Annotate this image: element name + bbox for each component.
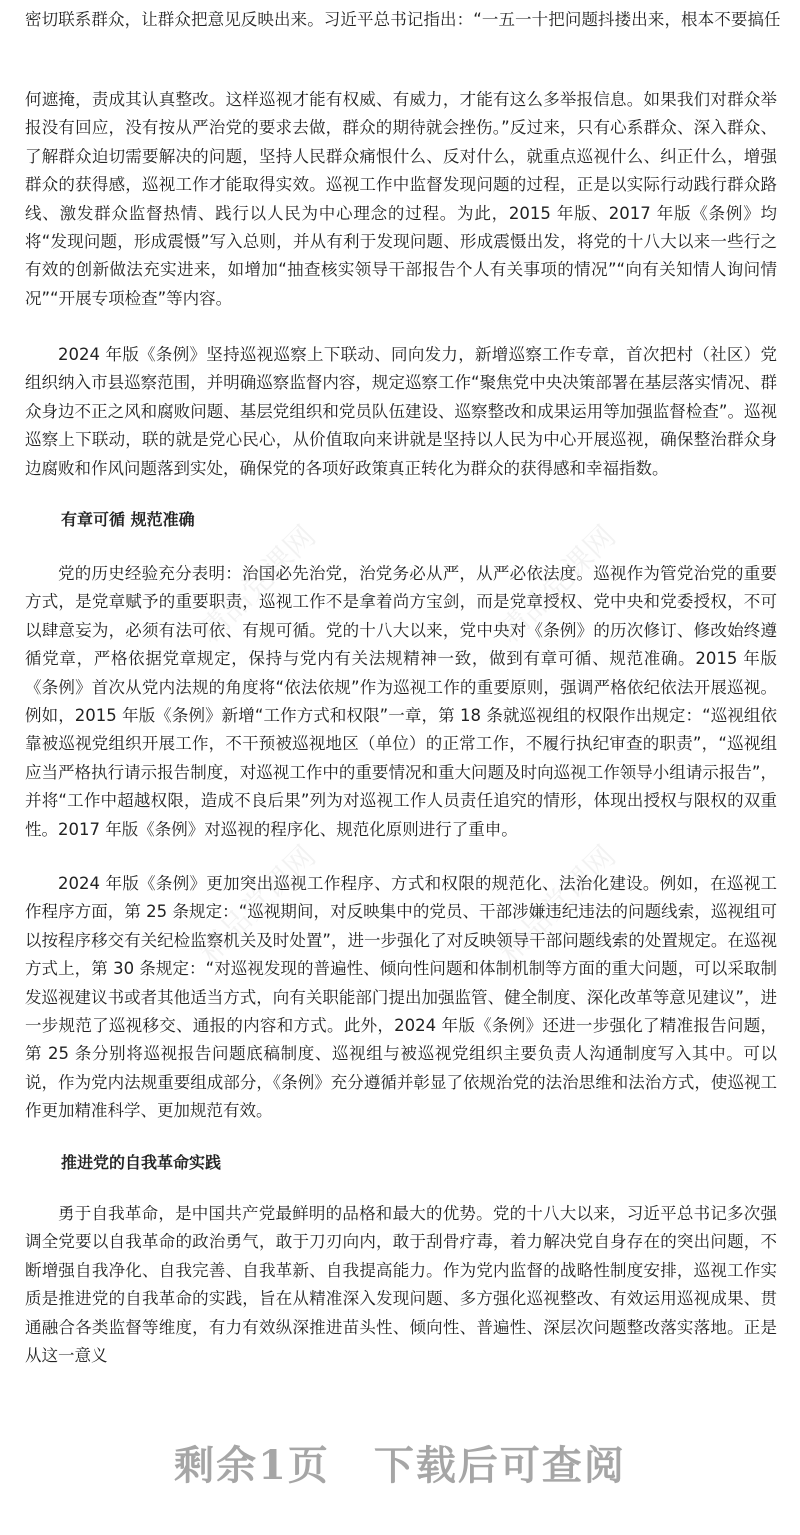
paragraph: 2024 年版《条例》坚持巡视巡察上下联动、同向发力，新增巡察工作专章，首次把村… xyxy=(25,341,777,483)
paragraph: 何遮掩，责成其认真整改。这样巡视才能有权威、有威力，才能有这么多举报信息。如果我… xyxy=(25,86,777,313)
paragraph: 党的历史经验充分表明：治国必先治党，治党务必从严，从严必依法度。巡视作为管党治党… xyxy=(25,560,777,844)
section-heading: 推进党的自我革命实践 xyxy=(61,1149,221,1177)
download-prompt[interactable]: 剩余1页下载后可查阅 xyxy=(0,1434,800,1491)
remaining-pages-label: 剩余1页 xyxy=(174,1442,330,1489)
download-to-view-label[interactable]: 下载后可查阅 xyxy=(374,1442,626,1489)
paragraph: 勇于自我革命，是中国共产党最鲜明的品格和最大的优势。党的十八大以来，习近平总书记… xyxy=(25,1200,777,1370)
section-heading: 有章可循 规范准确 xyxy=(61,506,195,534)
paragraph: 2024 年版《条例》更加突出巡视工作程序、方式和权限的规范化、法治化建设。例如… xyxy=(25,870,777,1126)
paragraph-fragment: 密切联系群众，让群众把意见反映出来。习近平总书记指出：“一五一十把问题抖搂出来，… xyxy=(25,6,777,34)
